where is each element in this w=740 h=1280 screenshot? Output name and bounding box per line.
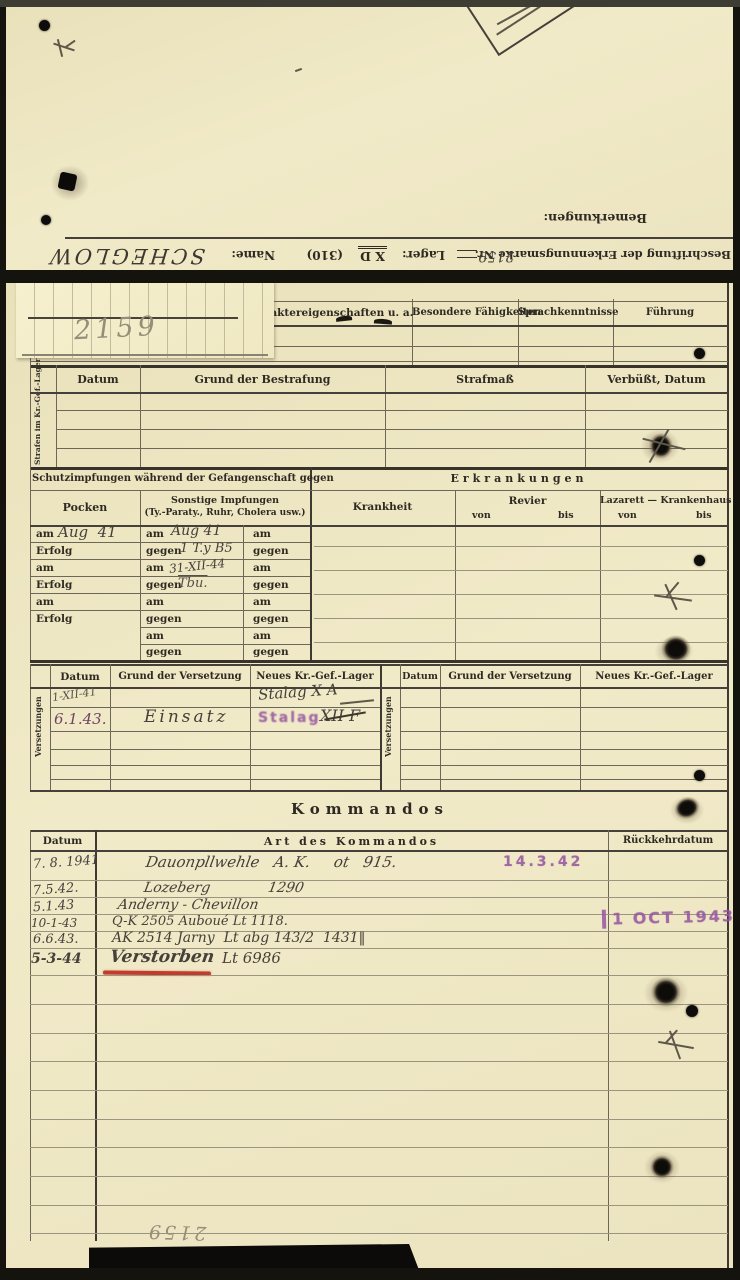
prisoner-name: SCHEGLOW — [46, 244, 206, 268]
grid-line — [400, 731, 728, 732]
double-strike-mark — [457, 250, 477, 258]
krankheit-header: Krankheit — [310, 501, 455, 513]
grid-line — [400, 765, 728, 766]
hole-punch — [694, 348, 705, 359]
scan-frame-top — [0, 0, 740, 7]
slip-number: 2159 — [73, 311, 159, 346]
grid-line — [580, 664, 581, 790]
versetzungen-grund-header: Grund der Versetzung — [110, 671, 250, 682]
page1-card-back: Beschriftung der Erkennungsmarke Nr. 215… — [6, 7, 733, 270]
ruled-line — [30, 1033, 728, 1034]
grid-line — [110, 664, 111, 790]
lager-value: X D — [358, 246, 387, 264]
kommando-datum: 5.1.43 — [33, 898, 75, 916]
ruled-line — [30, 1176, 728, 1177]
impf-entry: Tbu. — [178, 576, 208, 591]
grid-line — [50, 779, 380, 780]
grid-line — [30, 610, 310, 611]
grid-line — [400, 779, 728, 780]
ruled-line — [314, 618, 728, 619]
ink-blot — [650, 1155, 674, 1179]
name-label: Name: — [231, 248, 275, 262]
oct-date-stamp: 1 OCT 1943 — [602, 906, 733, 928]
bottom-number-flipped: 2159 — [146, 1220, 207, 1244]
grid-line — [30, 576, 310, 577]
kommandos-art-header: Art des Kommandos — [95, 835, 608, 848]
revier-von-label: von — [472, 510, 491, 521]
impf-cell: Erfolg — [36, 545, 72, 557]
grid-line — [30, 850, 728, 852]
versetzungen-grund-header: Grund der Versetzung — [440, 671, 580, 682]
kommando-art: Q-K 2505 Auboué Lt 1118. — [112, 914, 288, 929]
kommando-art: AK 2514 Jarny Lt abg 143/2 1431‖ — [112, 930, 366, 946]
strafen-datum-header: Datum — [56, 373, 140, 386]
grid-line — [140, 644, 310, 645]
page1-flipped-content: Beschriftung der Erkennungsmarke Nr. 215… — [6, 7, 733, 270]
kommando-art: Dauonpllwehle A. K. ot 915. — [144, 853, 398, 871]
grid-line — [400, 749, 728, 750]
kommandos-title: Kommandos — [30, 800, 710, 818]
traits-col4-header: Führung — [613, 307, 727, 318]
date-stamp: 14.3.42 — [503, 854, 583, 870]
grid-line — [30, 830, 728, 832]
grid-line — [30, 559, 310, 560]
strafen-side-label: Strafen im Kr.-Gef.-Lager — [33, 371, 42, 465]
traits-col2-header: Besondere Fähigkeiten — [412, 307, 518, 318]
strafen-grund-header: Grund der Bestrafung — [140, 373, 385, 386]
impf-cell: am — [36, 562, 54, 574]
impfungen-title: Schutzimpfungen während der Gefangenscha… — [32, 473, 308, 484]
black-bar — [89, 1244, 419, 1268]
versetzungen-lager-header: Neues Kr.-Gef.-Lager — [580, 671, 728, 682]
hole-punch — [694, 555, 705, 566]
grid-line — [310, 467, 312, 660]
versetzung-lager: Stalag X A — [257, 680, 338, 704]
impf-cell: am — [253, 596, 271, 608]
ink-blot — [57, 171, 77, 191]
grid-line — [380, 664, 382, 790]
grid-line — [250, 664, 251, 790]
ruled-line — [30, 1233, 728, 1234]
impf-cell: gegen — [146, 579, 182, 591]
ruled-line — [30, 1090, 728, 1091]
grid-line — [30, 687, 728, 689]
lager-suffix: (310) — [307, 248, 343, 262]
ruled-line — [30, 1147, 728, 1148]
kommando-datum: 6.6.43. — [33, 932, 78, 947]
ruled-line — [30, 880, 728, 881]
lazarett-von-label: von — [618, 510, 637, 521]
grid-line — [30, 830, 31, 1241]
impf-cell: am — [253, 562, 271, 574]
impf-cell: am — [253, 630, 271, 642]
impf-cell: gegen — [253, 613, 289, 625]
kommandos-rueck-header: Rückkehrdatum — [608, 835, 728, 846]
grid-line — [30, 660, 728, 663]
grid-line — [608, 830, 609, 1241]
grid-line — [140, 627, 310, 628]
kommandos-datum-header: Datum — [30, 835, 95, 847]
grid-line — [400, 664, 401, 790]
ruled-line — [30, 1119, 728, 1120]
kommando-datum: 10-1-43 — [31, 916, 77, 930]
erkennungsmarke-number: 2159 — [478, 248, 514, 264]
paper-tear — [654, 583, 694, 615]
versetzungen-lager-header: Neues Kr.-Gef.-Lager — [250, 671, 380, 682]
ink-squiggle — [336, 315, 352, 322]
impf-cell: am — [146, 596, 164, 608]
grid-line — [30, 490, 728, 491]
grid-line — [400, 707, 728, 708]
grid-line — [50, 749, 380, 750]
kommando-art: Lozeberg 1290 — [143, 880, 306, 896]
ruled-line — [30, 1061, 728, 1062]
versetzungen-datum-header: Datum — [50, 671, 110, 683]
grid-line — [30, 593, 310, 594]
ruled-line — [314, 570, 728, 571]
impf-cell: gegen — [146, 545, 182, 557]
ink-squiggle — [374, 318, 392, 324]
impf-cell: gegen — [146, 613, 182, 625]
impf-cell: gegen — [253, 545, 289, 557]
impf-cell: am — [253, 528, 271, 540]
sonstige-header-line2: (Ty.-Paraty., Ruhr, Cholera usw.) — [140, 508, 310, 518]
impf-entry: 1 T.y B5 — [180, 541, 233, 556]
scanned-pow-record: { "page1": { "bemerkungen_label": "Bemer… — [0, 0, 740, 1280]
grid-line — [50, 731, 380, 732]
ruled-line — [30, 1205, 728, 1206]
versetzung-grund: Einsatz — [144, 707, 228, 727]
grid-line — [56, 448, 728, 449]
impf-cell: am — [36, 528, 54, 540]
hole-punch — [41, 215, 51, 225]
grid-line — [30, 365, 31, 467]
revier-bis-label: bis — [558, 510, 574, 521]
erkrankungen-title: Erkrankungen — [310, 472, 728, 485]
kommando-art: Anderny - Chevillon — [117, 897, 260, 913]
ruled-line — [30, 975, 728, 976]
hole-punch — [39, 20, 50, 31]
impf-cell: am — [146, 528, 164, 540]
impf-cell: gegen — [253, 579, 289, 591]
grid-line — [440, 664, 441, 790]
revier-header: Revier — [455, 495, 600, 507]
grid-line — [30, 361, 728, 362]
versetzungen-datum-header: Datum — [400, 671, 440, 682]
impf-cell: am — [36, 596, 54, 608]
sonstige-header-line1: Sonstige Impfungen — [140, 495, 310, 506]
ruled-line — [314, 546, 728, 547]
paper-tear — [51, 37, 77, 59]
grid-line — [30, 525, 728, 527]
kommando-art-verstorben: Verstorben — [109, 947, 216, 967]
grid-line — [56, 429, 728, 430]
page-edge — [727, 283, 729, 1268]
grid-line — [30, 664, 31, 790]
lazarett-header: Lazarett — Krankenhaus — [600, 495, 728, 506]
grid-line — [600, 490, 601, 660]
kommando-datum: 5-3-44 — [31, 951, 82, 967]
page2-record: araktereigenschaften u. a. Besondere Fäh… — [6, 283, 733, 1268]
grid-line — [30, 664, 728, 666]
impf-cell: am — [146, 630, 164, 642]
grid-line — [455, 490, 456, 660]
paper-tear — [656, 1028, 698, 1064]
kommando-datum: 7.5.42. — [33, 880, 79, 898]
grid-line — [30, 790, 728, 792]
impf-entry: Aug 41 — [171, 523, 221, 539]
grid-line — [56, 410, 728, 411]
grid-line — [95, 830, 97, 1241]
lazarett-bis-label: bis — [696, 510, 712, 521]
grid-line — [30, 542, 310, 543]
stalag-stamp: Stalag — [258, 710, 321, 726]
pocken-header: Pocken — [30, 501, 140, 514]
ink-blot — [651, 977, 681, 1007]
lager-label: Lager: — [402, 248, 445, 262]
strafen-verbuesst-header: Verbüßt, Datum — [585, 373, 728, 386]
grid-line — [30, 467, 728, 470]
impf-cell: gegen — [253, 646, 289, 658]
grid-line — [30, 365, 728, 368]
bemerkungen-label: Bemerkungen: — [543, 211, 647, 226]
hand-dash — [340, 699, 374, 705]
impf-entry: Aug 41 — [58, 523, 117, 541]
ruled-line — [30, 1004, 728, 1005]
ink-dot — [686, 1005, 698, 1017]
impf-cell: Erfolg — [36, 613, 72, 625]
grid-line — [30, 467, 31, 660]
ink-blot — [661, 635, 691, 663]
strafen-strafmass-header: Strafmaß — [385, 373, 585, 386]
kommando-art-rest: Lt 6986 — [222, 949, 281, 967]
impf-cell: Erfolg — [36, 579, 72, 591]
grid-line — [50, 765, 380, 766]
hole-punch — [694, 770, 705, 781]
versetzung-datum: 6.1.43. — [54, 710, 106, 728]
impf-cell: am — [146, 562, 164, 574]
paper-slip: 2159 — [16, 283, 274, 358]
footer-rule — [65, 237, 733, 239]
impf-cell: gegen — [146, 646, 182, 658]
grid-line — [30, 392, 728, 394]
traits-col3-header: Sprachkenntnisse — [518, 307, 613, 318]
kommando-datum: 7. 8. 1941 — [33, 853, 100, 873]
